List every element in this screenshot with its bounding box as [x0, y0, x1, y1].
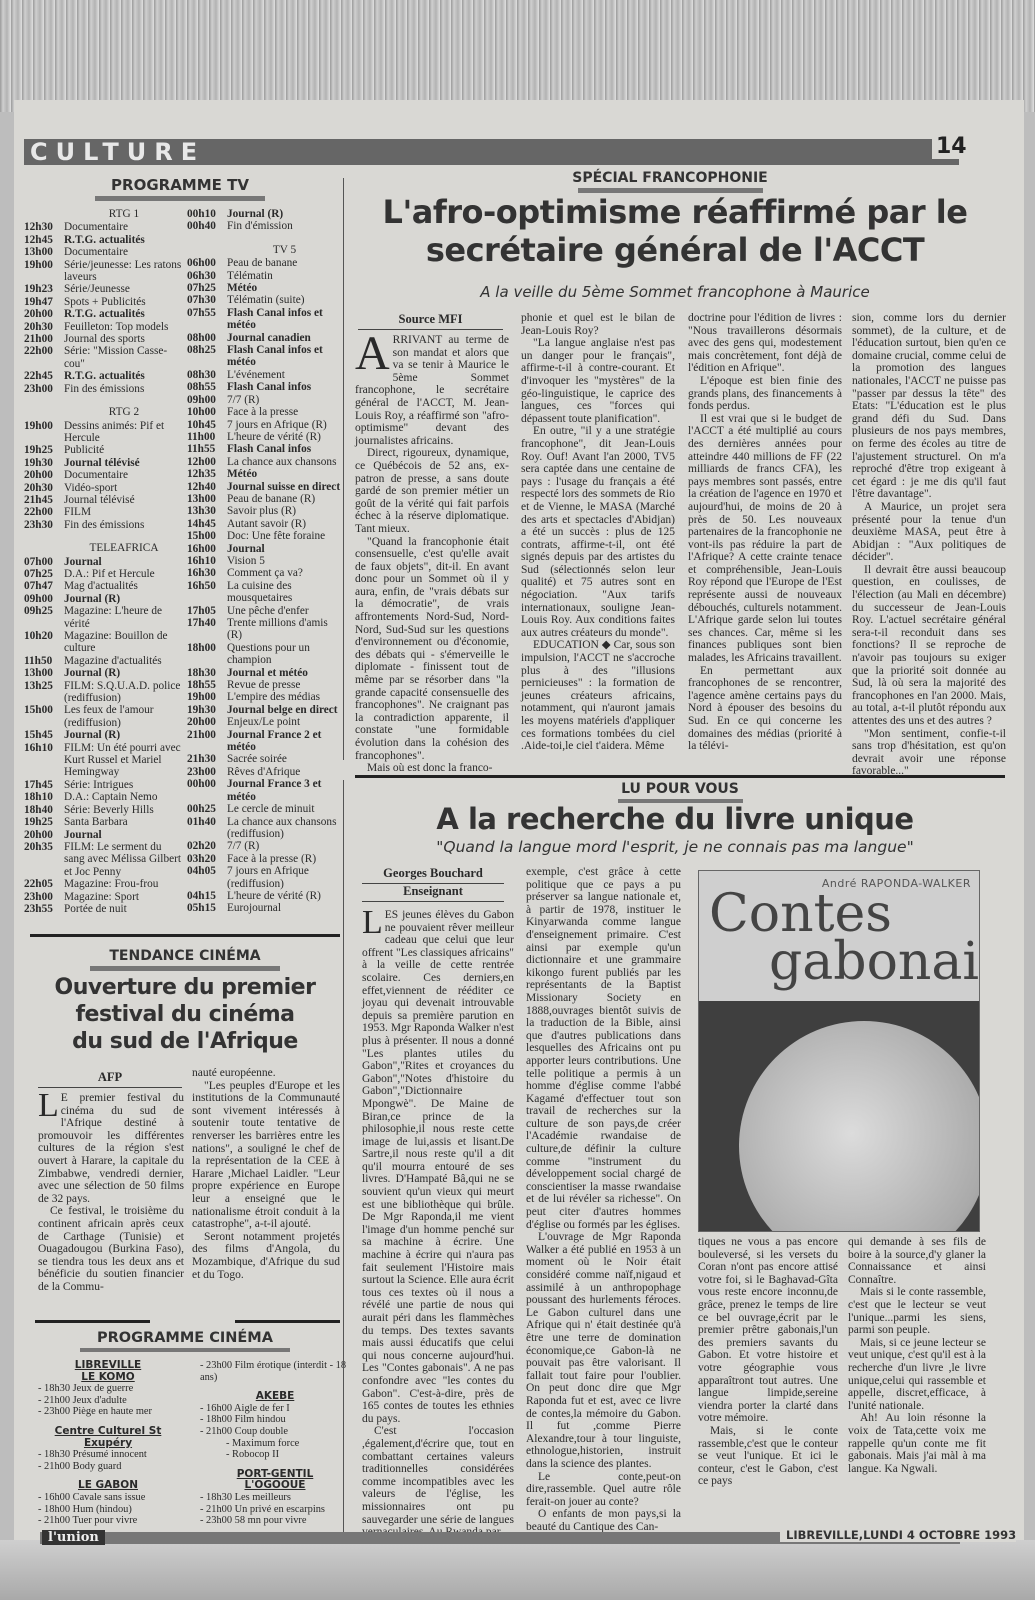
program-title: Journal des sports — [64, 333, 184, 345]
paragraph: "Quand la francophonie était consensuell… — [355, 536, 509, 763]
paragraph: A Maurice, un projet sera présenté pour … — [852, 501, 1006, 564]
program-title: Journal — [64, 556, 184, 568]
program-time: 17h05 — [187, 605, 227, 617]
tv-program-row: 16h00Journal — [187, 543, 342, 555]
tv-program-row: 00h00Journal France 3 et météo — [187, 778, 342, 803]
program-time: 21h00 — [187, 729, 227, 754]
program-title: Peau de banane — [227, 257, 342, 269]
program-time: 21h00 — [24, 333, 64, 345]
program-title: Flash Canal infos — [227, 381, 342, 393]
program-title: Journal suisse en direct — [227, 481, 342, 493]
divider — [355, 775, 1005, 778]
paragraph: Le conte,peut-on dire,rassemble. Quel au… — [526, 1471, 681, 1509]
program-time: 22h00 — [24, 506, 64, 518]
program-title: R.T.G. actualités — [64, 370, 184, 382]
program-time: 10h45 — [187, 419, 227, 431]
program-title: Vidéo-sport — [64, 482, 184, 494]
program-title: L'heure de vérité (R) — [227, 431, 342, 443]
program-time: 22h05 — [24, 878, 64, 890]
program-title: FILM: Le serment du sang avec Mélissa Gi… — [64, 841, 184, 878]
tv-program-row: 15h00Les feux de l'amour (rediffusion) — [24, 704, 184, 729]
section-title: CULTURE — [30, 138, 205, 166]
paragraph: Direct, rigoureux, dynamique, ce Québéco… — [355, 447, 509, 535]
program-title: Revue de presse — [227, 679, 342, 691]
tv-program-row: 09h007/7 (R) — [187, 394, 342, 406]
program-time: 00h10 — [187, 208, 227, 220]
tv-program-row: 00h25Le cercle de minuit — [187, 803, 342, 815]
francophonie-subtitle: A la veille du 5ème Sommet francophone à… — [350, 283, 1000, 301]
article-column: L E premier festival du cinéma du sud de… — [38, 1092, 184, 1294]
cinema-news-kicker: TENDANCE CINÉMA — [30, 948, 340, 971]
program-time: 11h55 — [187, 443, 227, 455]
program-title: Documentaire — [64, 246, 184, 258]
byline-role: Enseignant — [362, 884, 504, 902]
divider — [35, 1320, 150, 1323]
newspaper-logo: l'union — [42, 1530, 105, 1545]
program-title: Météo — [227, 282, 342, 294]
program-time: 23h30 — [24, 519, 64, 531]
cinema-showing-sub: - Maximum force — [200, 1438, 350, 1450]
cinema-listing-left: LIBREVILLELE KOMO- 18h30 Jeux de guerre-… — [38, 1352, 178, 1527]
tv-program-row: 13h00Peau de banane (R) — [187, 493, 342, 505]
moon-illustration — [739, 1021, 980, 1232]
tv-program-row: 20h00R.T.G. actualités — [24, 308, 184, 320]
program-title: Magazine d'actualités — [64, 655, 184, 667]
paragraph: Ah! Au loin résonne la voix de Tata,cett… — [848, 1412, 986, 1475]
program-title: L'empire des médias — [227, 691, 342, 703]
tv-program-row: 18h00Questions pour un champion — [187, 642, 342, 667]
tv-heading: PROGRAMME TV — [30, 176, 330, 201]
cinema-showing: - 18h30 Présumé innocent — [38, 1449, 178, 1461]
program-time: 16h30 — [187, 567, 227, 579]
tv-program-row: 13h30Savoir plus (R) — [187, 505, 342, 517]
paragraph: Mais où est donc la franco- — [355, 762, 509, 775]
article-column: sion, comme lors du dernier sommet), de … — [852, 312, 1006, 778]
program-title: Vision 5 — [227, 555, 342, 567]
tv-program-row: 22h45R.T.G. actualités — [24, 370, 184, 382]
tv-program-row: 00h10Journal (R) — [187, 208, 342, 220]
program-time: 12h45 — [24, 234, 64, 246]
spacer — [187, 233, 342, 244]
tv-program-row: 11h55Flash Canal infos — [187, 443, 342, 455]
program-title: Flash Canal infos et météo — [227, 307, 342, 332]
tv-program-row: 12h00La chance aux chansons — [187, 456, 342, 468]
program-title: R.T.G. actualités — [64, 234, 184, 246]
paragraph: L'époque est bien finie des grands plans… — [688, 375, 842, 413]
tv-program-row: 19h30Journal télévisé — [24, 457, 184, 469]
program-time: 10h20 — [24, 630, 64, 655]
paragraph: phonie et quel est le bilan de Jean-Loui… — [521, 312, 675, 337]
paragraph: Mais, si le conte rassemble,c'est que le… — [698, 1425, 838, 1488]
program-title: Journal et météo — [227, 667, 342, 679]
tv-program-row: 23h30Fin des émissions — [24, 519, 184, 531]
paragraph: "La langue anglaise n'est pas un danger … — [521, 337, 675, 425]
program-title: Face à la presse — [227, 406, 342, 418]
book-cover-image: André RAPONDA-WALKER Contes gabonais — [698, 870, 980, 1232]
cinema-showing: - 16h00 Cavale sans issue — [38, 1492, 178, 1504]
paragraph: ES jeunes élèves du Gabon ne pouvaient r… — [362, 909, 514, 1425]
cinema-listing-right: - 23h00 Film érotique (interdit - 18 ans… — [200, 1360, 350, 1527]
tv-program-row: 19h30Journal belge en direct — [187, 704, 342, 716]
tv-program-row: 20h30Vidéo-sport — [24, 482, 184, 494]
paragraph: doctrine pour l'édition de livres : "Nou… — [688, 312, 842, 375]
kicker-text: TENDANCE CINÉMA — [109, 948, 260, 964]
program-time: 19h00 — [187, 691, 227, 703]
program-title: 7 jours en Afrique (rediffusion) — [227, 865, 342, 890]
program-time: 09h00 — [187, 394, 227, 406]
program-title: Série/jeunesse: Les ratons laveurs — [64, 259, 184, 284]
program-time: 11h50 — [24, 655, 64, 667]
tv-program-row: 23h00Rêves d'Afrique — [187, 766, 342, 778]
program-time: 13h30 — [187, 505, 227, 517]
program-title: Journal — [64, 829, 184, 841]
paragraph: En outre, "il y a une stratégie francoph… — [521, 425, 675, 639]
tv-program-row: 23h00Magazine: Sport — [24, 891, 184, 903]
article-column: exemple, c'est grâce à cette politique q… — [526, 866, 681, 1533]
tv-program-row: 15h45Journal (R) — [24, 729, 184, 741]
program-time: 03h20 — [187, 853, 227, 865]
program-time: 20h30 — [24, 321, 64, 333]
program-time: 23h00 — [187, 766, 227, 778]
program-time: 12h30 — [24, 221, 64, 233]
program-time: 08h25 — [187, 344, 227, 369]
livre-subtitle: "Quand la langue mord l'esprit, je ne co… — [350, 838, 1000, 856]
program-title: Dessins animés: Pif et Hercule — [64, 420, 184, 445]
program-time: 17h40 — [187, 617, 227, 642]
cinema-venue: AKEBE — [200, 1391, 350, 1403]
cinema-program-heading: PROGRAMME CINÉMA — [40, 1330, 330, 1352]
tv-program-row: 10h20Magazine: Bouillon de culture — [24, 630, 184, 655]
paragraph: Mais, si ce jeune lecteur se veut unique… — [848, 1337, 986, 1413]
program-time: 15h00 — [187, 530, 227, 542]
program-title: Feuilleton: Top models — [64, 321, 184, 333]
byline: AFP — [38, 1070, 182, 1088]
program-time: 15h00 — [24, 704, 64, 729]
cinema-showing: - 21h00 Body guard — [38, 1461, 178, 1473]
tv-program-row: 19h47Spots + Publicités — [24, 296, 184, 308]
tv-program-row: 17h40Trente millions d'amis (R) — [187, 617, 342, 642]
program-title: Journal télévisé — [64, 494, 184, 506]
tv-program-row: 16h50La cuisine des mousquetaires — [187, 580, 342, 605]
program-title: Flash Canal infos — [227, 443, 342, 455]
program-time: 20h00 — [24, 469, 64, 481]
program-time: 20h00 — [187, 716, 227, 728]
kicker-underline — [90, 966, 280, 971]
program-time: 16h10 — [24, 742, 64, 779]
program-title: L'heure de vérité (R) — [227, 890, 342, 902]
program-time: 15h45 — [24, 729, 64, 741]
program-title: La chance aux chansons — [227, 456, 342, 468]
program-time: 13h00 — [24, 667, 64, 679]
tv-program-row: 13h00Journal (R) — [24, 667, 184, 679]
cinema-showing: - 21h00 Jeux d'adulte — [38, 1395, 178, 1407]
program-time: 19h00 — [24, 259, 64, 284]
tv-program-row: 21h30Sacrée soirée — [187, 753, 342, 765]
program-title: Savoir plus (R) — [227, 505, 342, 517]
tv-program-row: 11h00L'heure de vérité (R) — [187, 431, 342, 443]
tv-program-row: 02h207/7 (R) — [187, 840, 342, 852]
program-title: Comment ça va? — [227, 567, 342, 579]
drop-cap: L — [38, 1092, 59, 1120]
program-title: Fin des émissions — [64, 519, 184, 531]
tv-program-row: 18h30Journal et météo — [187, 667, 342, 679]
program-time: 18h00 — [187, 642, 227, 667]
program-time: 19h00 — [24, 420, 64, 445]
tv-program-row: 21h00Journal France 2 et météo — [187, 729, 342, 754]
divider — [235, 1320, 340, 1323]
program-time: 23h00 — [24, 383, 64, 395]
program-title: Journal télévisé — [64, 457, 184, 469]
spacer — [24, 395, 184, 406]
tv-program-row: 09h00Journal (R) — [24, 593, 184, 605]
article-column: phonie et quel est le bilan de Jean-Loui… — [521, 312, 675, 753]
tv-program-row: 20h00Enjeux/Le point — [187, 716, 342, 728]
column-rule — [343, 780, 344, 1540]
program-title: D.A.: Captain Nemo — [64, 791, 184, 803]
tv-program-row: 21h00Journal des sports — [24, 333, 184, 345]
program-time: 21h30 — [187, 753, 227, 765]
paragraph: O enfants de mon pays,si la beauté du Ca… — [526, 1508, 681, 1533]
program-time: 06h30 — [187, 270, 227, 282]
program-title: Peau de banane (R) — [227, 493, 342, 505]
tv-program-row: 12h45R.T.G. actualités — [24, 234, 184, 246]
article-column: qui demande à ses fils de boire à la sou… — [848, 1236, 986, 1475]
program-time: 19h25 — [24, 444, 64, 456]
program-title: Magazine: Bouillon de culture — [64, 630, 184, 655]
article-column: tiques ne vous a pas encore bouleversé, … — [698, 1236, 838, 1488]
tv-program-row: 20h00Journal — [24, 829, 184, 841]
article-column: L ES jeunes élèves du Gabon ne pouvaient… — [362, 909, 514, 1539]
tv-program-row: 08h25Flash Canal infos et météo — [187, 344, 342, 369]
paragraph: En permettant aux francophones de se ren… — [688, 665, 842, 753]
scan-bottom-edge — [0, 1540, 1035, 1600]
program-time: 12h00 — [187, 456, 227, 468]
program-title: Météo — [227, 468, 342, 480]
cinema-showing: - 21h00 Un privé en escarpins — [200, 1504, 350, 1516]
tv-program-row: 18h10D.A.: Captain Nemo — [24, 791, 184, 803]
program-title: Documentaire — [64, 221, 184, 233]
program-title: Les feux de l'amour (rediffusion) — [64, 704, 184, 729]
spacer — [24, 531, 184, 542]
program-time: 23h55 — [24, 903, 64, 915]
program-title: Journal belge en direct — [227, 704, 342, 716]
tv-program-row: 11h50Magazine d'actualités — [24, 655, 184, 667]
program-title: Fin des émissions — [64, 383, 184, 395]
tv-program-row: 13h25FILM: S.Q.U.A.D. police (rediffusio… — [24, 680, 184, 705]
program-title: Fin d'émission — [227, 220, 342, 232]
program-time: 05h15 — [187, 902, 227, 914]
tv-program-row: 15h00Doc: Une fête foraine — [187, 530, 342, 542]
tv-program-row: 13h00Documentaire — [24, 246, 184, 258]
tv-program-row: 12h30Documentaire — [24, 221, 184, 233]
program-time: 19h30 — [187, 704, 227, 716]
scan-top-edge — [0, 0, 1035, 112]
cinema-showing: - 18h30 Les meilleurs — [200, 1492, 350, 1504]
paragraph: nauté européenne. — [192, 1067, 340, 1080]
tv-program-row: 14h45Autant savoir (R) — [187, 518, 342, 530]
tv-program-row: 16h10FILM: Un été pourri avec Kurt Russe… — [24, 742, 184, 779]
tv-program-row: 19h25Santa Barbara — [24, 816, 184, 828]
program-title: Doc: Une fête foraine — [227, 530, 342, 542]
program-time: 16h10 — [187, 555, 227, 567]
tv-program-row: 06h00Peau de banane — [187, 257, 342, 269]
program-title: Eurojournal — [227, 902, 342, 914]
program-time: 00h40 — [187, 220, 227, 232]
cinema-showing: - 23h00 Film érotique (interdit - 18 ans… — [200, 1360, 350, 1383]
cinema-showing: - 21h00 Coup double — [200, 1426, 350, 1438]
book-title-line: gabonais — [699, 938, 979, 986]
tv-program-row: 12h35Météo — [187, 468, 342, 480]
tv-program-row: 16h10Vision 5 — [187, 555, 342, 567]
program-title: L'événement — [227, 369, 342, 381]
program-title: FILM: Un été pourri avec Kurt Russel et … — [64, 742, 184, 779]
livre-headline: A la recherche du livre unique — [350, 802, 1000, 836]
headline-line: du sud de l'Afrique — [30, 1028, 340, 1055]
tv-program-row: 22h00FILM — [24, 506, 184, 518]
program-time: 21h45 — [24, 494, 64, 506]
program-time: 00h25 — [187, 803, 227, 815]
paragraph: Seront notamment projetés des films d'An… — [192, 1231, 340, 1281]
program-time: 09h00 — [24, 593, 64, 605]
paragraph: qui demande à ses fils de boire à la sou… — [848, 1236, 986, 1286]
headline-line: L'afro-optimisme réaffirmé par le — [350, 193, 1000, 231]
tv-program-row: 16h30Comment ça va? — [187, 567, 342, 579]
program-title: Santa Barbara — [64, 816, 184, 828]
tv-program-row: 18h55Revue de presse — [187, 679, 342, 691]
program-title: Série: Beverly Hills — [64, 804, 184, 816]
program-time: 18h55 — [187, 679, 227, 691]
channel-name: RTG 2 — [24, 406, 184, 418]
program-time: 13h00 — [187, 493, 227, 505]
program-title: R.T.G. actualités — [64, 308, 184, 320]
cinema-venue-sub: LE KOMO — [38, 1372, 178, 1384]
program-time: 07h55 — [187, 307, 227, 332]
page-number: 14 — [932, 134, 971, 159]
tv-program-row: 09h25Magazine: L'heure de vérité — [24, 605, 184, 630]
program-title: Journal France 2 et météo — [227, 729, 342, 754]
francophonie-kicker: SPÉCIAL FRANCOPHONIE — [540, 170, 800, 193]
paragraph: sion, comme lors du dernier sommet), de … — [852, 312, 1006, 501]
tv-program-row: 20h00Documentaire — [24, 469, 184, 481]
program-title: Questions pour un champion — [227, 642, 342, 667]
program-time: 18h10 — [24, 791, 64, 803]
paragraph: L'ouvrage de Mgr Raponda Walker a été pu… — [526, 1231, 681, 1470]
channel-name: RTG 1 — [24, 208, 184, 220]
program-title: D.A.: Pif et Hercule — [64, 568, 184, 580]
drop-cap: A — [355, 334, 390, 374]
program-time: 19h23 — [24, 283, 64, 295]
program-time: 00h00 — [187, 778, 227, 803]
livre-kicker: LU POUR VOUS — [560, 781, 800, 803]
program-title: Mag d'actualités — [64, 580, 184, 592]
program-time: 13h00 — [24, 246, 64, 258]
program-title: Le cercle de minuit — [227, 803, 342, 815]
francophonie-headline: L'afro-optimisme réaffirmé par le secrét… — [350, 193, 1000, 269]
paragraph: C'est l'occasion ,également,d'écrire que… — [362, 1425, 514, 1538]
program-title: Sacrée soirée — [227, 753, 342, 765]
program-time: 20h00 — [24, 308, 64, 320]
tv-program-row: 19h23Série/Jeunesse — [24, 283, 184, 295]
cinema-venue: LIBREVILLE — [38, 1360, 178, 1372]
tv-program-row: 08h55Flash Canal infos — [187, 381, 342, 393]
program-time: 08h30 — [187, 369, 227, 381]
paragraph: E premier festival du cinéma du sud de l… — [38, 1092, 184, 1205]
program-time: 02h20 — [187, 840, 227, 852]
cinema-venue-sub: L'OGOOUE — [200, 1480, 350, 1492]
paragraph: tiques ne vous a pas encore bouleversé, … — [698, 1236, 838, 1425]
program-time: 07h47 — [24, 580, 64, 592]
tv-program-row: 04h15L'heure de vérité (R) — [187, 890, 342, 902]
program-time: 20h00 — [24, 829, 64, 841]
cinema-showing: - 21h00 Tuer pour vivre — [38, 1515, 178, 1527]
heading-text: PROGRAMME CINÉMA — [97, 1330, 273, 1346]
program-title: Journal (R) — [64, 667, 184, 679]
program-time: 19h30 — [24, 457, 64, 469]
tv-program-row: 08h00Journal canadien — [187, 332, 342, 344]
program-title: Télématin — [227, 270, 342, 282]
program-title: Journal (R) — [227, 208, 342, 220]
paragraph: "Mon sentiment, confie-t-il sans trop d'… — [852, 728, 1006, 778]
tv-program-row: 19h25Publicité — [24, 444, 184, 456]
program-title: Magazine: L'heure de vérité — [64, 605, 184, 630]
program-time: 18h40 — [24, 804, 64, 816]
paragraph: "Les peuples d'Europe et les institution… — [192, 1080, 340, 1231]
paragraph: exemple, c'est grâce à cette politique q… — [526, 866, 681, 1231]
tv-program-row: 19h00Dessins animés: Pif et Hercule — [24, 420, 184, 445]
tv-program-row: 07h00Journal — [24, 556, 184, 568]
tv-program-row: 18h40Série: Beverly Hills — [24, 804, 184, 816]
program-time: 04h15 — [187, 890, 227, 902]
tv-program-row: 08h30L'événement — [187, 369, 342, 381]
drop-cap: L — [362, 909, 383, 937]
tv-program-row: 22h00Série: "Mission Casse-cou" — [24, 345, 184, 370]
tv-listing-right: 00h10Journal (R)00h40Fin d'émissionTV 50… — [187, 208, 342, 915]
tv-listing-left: RTG 112h30Documentaire12h45R.T.G. actual… — [24, 208, 184, 915]
headline-line: secrétaire général de l'ACCT — [350, 231, 1000, 269]
program-title: Série: Intrigues — [64, 779, 184, 791]
program-title: Spots + Publicités — [64, 296, 184, 308]
program-time: 01h40 — [187, 816, 227, 841]
program-time: 16h50 — [187, 580, 227, 605]
program-title: Une pêche d'enfer — [227, 605, 342, 617]
tv-program-row: 10h457 jours en Afrique (R) — [187, 419, 342, 431]
divider — [30, 934, 340, 937]
tv-program-row: 21h45Journal télévisé — [24, 494, 184, 506]
paragraph: Il est vrai que si le budget de l'ACCT a… — [688, 413, 842, 665]
cinema-showing: - 16h00 Aigle de fer I — [200, 1403, 350, 1415]
channel-name: TV 5 — [187, 244, 342, 256]
paragraph: Ce festival, le troisième du continent a… — [38, 1205, 184, 1293]
cinema-showing: - 18h30 Jeux de guerre — [38, 1383, 178, 1395]
program-title: La cuisine des mousquetaires — [227, 580, 342, 605]
program-time: 10h00 — [187, 406, 227, 418]
tv-program-row: 06h30Télématin — [187, 270, 342, 282]
program-title: Magazine: Sport — [64, 891, 184, 903]
program-time: 12h35 — [187, 468, 227, 480]
kicker-text: SPÉCIAL FRANCOPHONIE — [572, 170, 767, 186]
article-column: nauté européenne."Les peuples d'Europe e… — [192, 1067, 340, 1281]
program-time: 07h25 — [24, 568, 64, 580]
program-title: FILM — [64, 506, 184, 518]
program-time: 11h00 — [187, 431, 227, 443]
byline-name: Georges Bouchard — [362, 866, 504, 884]
program-time: 06h00 — [187, 257, 227, 269]
tv-program-row: 07h25Météo — [187, 282, 342, 294]
tv-program-row: 10h00Face à la presse — [187, 406, 342, 418]
program-title: Journal (R) — [64, 593, 184, 605]
cinema-showing-sub: - Robocop II — [200, 1449, 350, 1461]
program-time: 22h00 — [24, 345, 64, 370]
